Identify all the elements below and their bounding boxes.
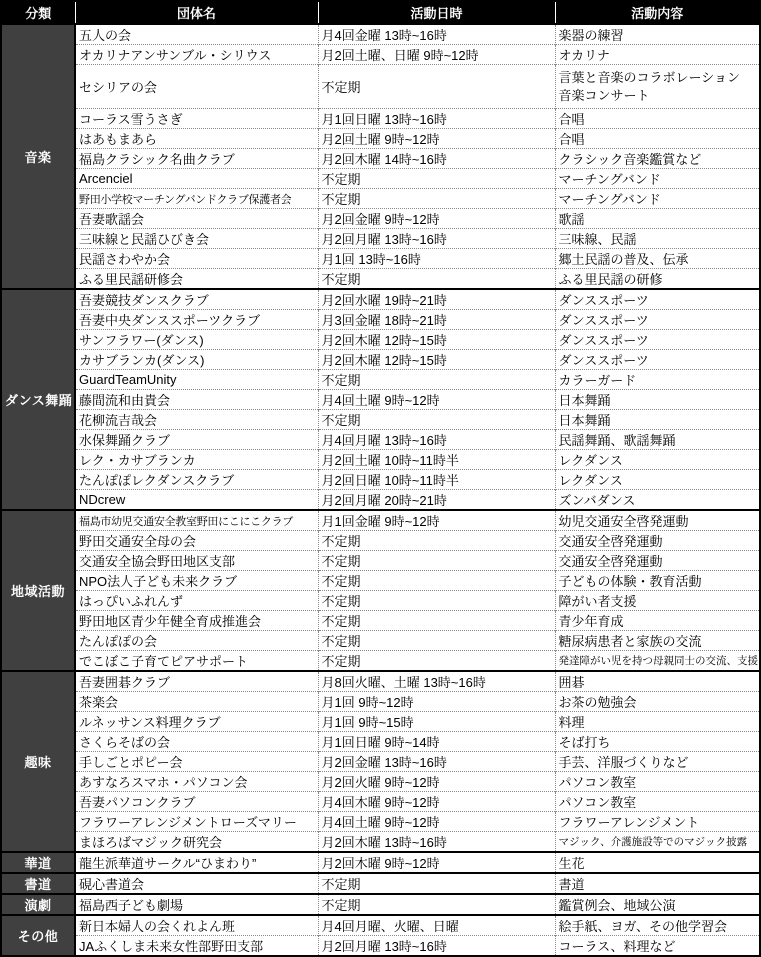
schedule-cell: 不定期 [318, 651, 555, 672]
table-row: 福島クラシック名曲クラブ月2回木曜 14時~16時クラシック音楽鑑賞など [1, 149, 760, 169]
group-name-cell: 硯心書道会 [75, 873, 318, 894]
activity-cell: 生花 [555, 852, 760, 873]
activity-cell: ダンススポーツ [555, 289, 760, 310]
schedule-cell: 月2回土曜 10時~11時半 [318, 450, 555, 470]
table-row: JAふくしま未来女性部野田支部月2回月曜 13時~16時コーラス、料理など [1, 936, 760, 957]
schedule-cell: 不定期 [318, 611, 555, 631]
table-row: 水保舞踊クラブ月4回月曜 13時~16時民謡舞踊、歌謡舞踊 [1, 430, 760, 450]
activity-cell: 合唱 [555, 129, 760, 149]
activity-cell: 幼児交通安全啓発運動 [555, 510, 760, 531]
schedule-cell: 不定期 [318, 631, 555, 651]
group-name-cell: 花柳流吉哉会 [75, 410, 318, 430]
table-row: 吾妻パソコンクラブ月4回木曜 9時~12時パソコン教室 [1, 792, 760, 812]
activity-cell: パソコン教室 [555, 772, 760, 792]
activity-cell: 民謡舞踊、歌謡舞踊 [555, 430, 760, 450]
activity-cell: 糖尿病患者と家族の交流 [555, 631, 760, 651]
table-row: 地域活動福島市幼児交通安全教室野田にこにこクラブ月1回金曜 9時~12時幼児交通… [1, 510, 760, 531]
column-header: 活動内容 [555, 1, 760, 24]
schedule-cell: 月2回月曜 13時~16時 [318, 936, 555, 957]
table-row: でこぼこ子育てピアサポート不定期発達障がい児を持つ母親同士の交流、支援 [1, 651, 760, 672]
activity-cell: 障がい者支援 [555, 591, 760, 611]
activity-cell: 手芸、洋服づくりなど [555, 752, 760, 772]
table-row: 野田小学校マーチングバンドクラブ保護者会不定期マーチングバンド [1, 189, 760, 209]
schedule-cell: 月2回火曜 9時~12時 [318, 772, 555, 792]
schedule-cell: 月4回月曜 13時~16時 [318, 430, 555, 450]
activity-cell: 子どもの体験・教育活動 [555, 571, 760, 591]
schedule-cell: 月2回木曜 12時~15時 [318, 330, 555, 350]
group-name-cell: 野田地区青少年健全育成推進会 [75, 611, 318, 631]
group-name-cell: 福島西子ども劇場 [75, 894, 318, 915]
table-row: オカリナアンサンブル・シリウス月2回土曜、日曜 9時~12時オカリナ [1, 45, 760, 65]
group-name-cell: 藤間流和由貴会 [75, 390, 318, 410]
activity-cell: フラワーアレンジメント [555, 812, 760, 832]
activity-cell: 絵手紙、ヨガ、その他学習会 [555, 915, 760, 936]
category-cell: ダンス舞踊 [1, 289, 75, 510]
activity-cell: マーチングバンド [555, 189, 760, 209]
group-name-cell: 龍生派華道サークル“ひまわり” [75, 852, 318, 873]
table-row: GuardTeamUnity不定期カラーガード [1, 370, 760, 390]
group-name-cell: セシリアの会 [75, 65, 318, 109]
activity-cell: そば打ち [555, 732, 760, 752]
column-header: 分類 [1, 1, 75, 24]
activity-cell: マーチングバンド [555, 169, 760, 189]
activity-cell: マジック、介護施設等でのマジック披露 [555, 832, 760, 853]
table-row: ルネッサンス料理クラブ月1回 9時~15時料理 [1, 712, 760, 732]
category-cell: 地域活動 [1, 510, 75, 671]
table-row: 茶楽会月1回 9時~12時お茶の勉強会 [1, 692, 760, 712]
schedule-cell: 月4回月曜、火曜、日曜 [318, 915, 555, 936]
activity-cell: 交通安全啓発運動 [555, 531, 760, 551]
activity-cell: レクダンス [555, 450, 760, 470]
schedule-cell: 月1回金曜 9時~12時 [318, 510, 555, 531]
group-name-cell: 福島市幼児交通安全教室野田にこにこクラブ [75, 510, 318, 531]
table-row: その他新日本婦人の会くれよん班月4回月曜、火曜、日曜絵手紙、ヨガ、その他学習会 [1, 915, 760, 936]
schedule-cell: 月2回月曜 20時~21時 [318, 490, 555, 511]
table-row: はあもまあら月2回土曜 9時~12時合唱 [1, 129, 760, 149]
table-row: さくらそばの会月1回日曜 9時~14時そば打ち [1, 732, 760, 752]
schedule-cell: 月1回 9時~12時 [318, 692, 555, 712]
table-row: まほろばマジック研究会月2回木曜 13時~16時マジック、介護施設等でのマジック… [1, 832, 760, 853]
group-name-cell: まほろばマジック研究会 [75, 832, 318, 853]
activity-cell: お茶の勉強会 [555, 692, 760, 712]
schedule-cell: 不定期 [318, 551, 555, 571]
table-row: 手しごとポピー会月2回金曜 13時~16時手芸、洋服づくりなど [1, 752, 760, 772]
activity-cell: 交通安全啓発運動 [555, 551, 760, 571]
category-cell: 趣味 [1, 671, 75, 852]
schedule-cell: 月2回土曜 9時~12時 [318, 129, 555, 149]
group-name-cell: 民謡さわやか会 [75, 249, 318, 269]
group-name-cell: でこぼこ子育てピアサポート [75, 651, 318, 672]
activity-cell: ふる里民謡の研修 [555, 269, 760, 290]
groups-table-body: 音楽五人の会月4回金曜 13時~16時楽器の練習オカリナアンサンブル・シリウス月… [1, 24, 760, 956]
group-name-cell: サンフラワー(ダンス) [75, 330, 318, 350]
community-groups-table: 分類団体名活動日時活動内容 音楽五人の会月4回金曜 13時~16時楽器の練習オカ… [0, 0, 761, 957]
activity-cell: ダンススポーツ [555, 330, 760, 350]
activity-cell: オカリナ [555, 45, 760, 65]
schedule-cell: 月2回金曜 13時~16時 [318, 752, 555, 772]
schedule-cell: 月3回金曜 18時~21時 [318, 310, 555, 330]
category-cell: 音楽 [1, 24, 75, 289]
activity-cell: ダンススポーツ [555, 310, 760, 330]
category-cell: その他 [1, 915, 75, 956]
schedule-cell: 月2回金曜 9時~12時 [318, 209, 555, 229]
table-row: 吾妻歌謡会月2回金曜 9時~12時歌謡 [1, 209, 760, 229]
table-row: 演劇福島西子ども劇場不定期鑑賞例会、地域公演 [1, 894, 760, 915]
table-row: あすなろスマホ・パソコン会月2回火曜 9時~12時パソコン教室 [1, 772, 760, 792]
group-name-cell: ルネッサンス料理クラブ [75, 712, 318, 732]
group-name-cell: オカリナアンサンブル・シリウス [75, 45, 318, 65]
table-row: たんぽぽの会不定期糖尿病患者と家族の交流 [1, 631, 760, 651]
table-row: 民謡さわやか会月1回 13時~16時郷土民謡の普及、伝承 [1, 249, 760, 269]
schedule-cell: 月2回水曜 19時~21時 [318, 289, 555, 310]
schedule-cell: 不定期 [318, 571, 555, 591]
schedule-cell: 不定期 [318, 873, 555, 894]
schedule-cell: 月1回 9時~15時 [318, 712, 555, 732]
activity-cell: 発達障がい児を持つ母親同士の交流、支援 [555, 651, 760, 672]
activity-cell: 日本舞踊 [555, 410, 760, 430]
group-name-cell: カサブランカ(ダンス) [75, 350, 318, 370]
group-name-cell: 吾妻中央ダンススポーツクラブ [75, 310, 318, 330]
schedule-cell: 月2回日曜 10時~11時半 [318, 470, 555, 490]
schedule-cell: 月2回木曜 9時~12時 [318, 852, 555, 873]
schedule-cell: 月2回木曜 12時~15時 [318, 350, 555, 370]
group-name-cell: 吾妻囲碁クラブ [75, 671, 318, 692]
group-name-cell: さくらそばの会 [75, 732, 318, 752]
group-name-cell: たんぽぽの会 [75, 631, 318, 651]
schedule-cell: 月1回日曜 9時~14時 [318, 732, 555, 752]
table-row: NPO法人子ども未来クラブ不定期子どもの体験・教育活動 [1, 571, 760, 591]
table-row: フラワーアレンジメントローズマリー月4回土曜 9時~12時フラワーアレンジメント [1, 812, 760, 832]
schedule-cell: 不定期 [318, 410, 555, 430]
schedule-cell: 月4回土曜 9時~12時 [318, 390, 555, 410]
activity-cell: ダンススポーツ [555, 350, 760, 370]
group-name-cell: 交通安全協会野田地区支部 [75, 551, 318, 571]
group-name-cell: Arcenciel [75, 169, 318, 189]
schedule-cell: 月2回木曜 13時~16時 [318, 832, 555, 853]
group-name-cell: あすなろスマホ・パソコン会 [75, 772, 318, 792]
schedule-cell: 不定期 [318, 370, 555, 390]
activity-cell: レクダンス [555, 470, 760, 490]
activity-cell: 青少年育成 [555, 611, 760, 631]
group-name-cell: ふる里民謡研修会 [75, 269, 318, 290]
group-name-cell: 水保舞踊クラブ [75, 430, 318, 450]
activity-cell: 郷土民謡の普及、伝承 [555, 249, 760, 269]
activity-cell: 三味線、民謡 [555, 229, 760, 249]
category-cell: 華道 [1, 852, 75, 873]
table-row: 音楽五人の会月4回金曜 13時~16時楽器の練習 [1, 24, 760, 45]
activity-cell: 日本舞踊 [555, 390, 760, 410]
table-row: サンフラワー(ダンス)月2回木曜 12時~15時ダンススポーツ [1, 330, 760, 350]
group-name-cell: フラワーアレンジメントローズマリー [75, 812, 318, 832]
schedule-cell: 不定期 [318, 269, 555, 290]
schedule-cell: 月4回金曜 13時~16時 [318, 24, 555, 45]
group-name-cell: はっぴいふれんず [75, 591, 318, 611]
table-row: NDcrew月2回月曜 20時~21時ズンバダンス [1, 490, 760, 511]
table-row: ダンス舞踊吾妻競技ダンスクラブ月2回水曜 19時~21時ダンススポーツ [1, 289, 760, 310]
group-name-cell: レク・カサブランカ [75, 450, 318, 470]
group-name-cell: たんぽぽレクダンスクラブ [75, 470, 318, 490]
table-row: 野田交通安全母の会不定期交通安全啓発運動 [1, 531, 760, 551]
column-header: 活動日時 [318, 1, 555, 24]
activity-cell: 囲碁 [555, 671, 760, 692]
schedule-cell: 不定期 [318, 169, 555, 189]
table-row: ふる里民謡研修会不定期ふる里民謡の研修 [1, 269, 760, 290]
activity-cell: コーラス、料理など [555, 936, 760, 957]
activity-cell: クラシック音楽鑑賞など [555, 149, 760, 169]
activity-cell: カラーガード [555, 370, 760, 390]
table-row: 華道龍生派華道サークル“ひまわり”月2回木曜 9時~12時生花 [1, 852, 760, 873]
group-name-cell: コーラス雪うさぎ [75, 109, 318, 129]
category-cell: 書道 [1, 873, 75, 894]
group-name-cell: 野田交通安全母の会 [75, 531, 318, 551]
table-row: 書道硯心書道会不定期書道 [1, 873, 760, 894]
group-name-cell: 野田小学校マーチングバンドクラブ保護者会 [75, 189, 318, 209]
activity-cell: 楽器の練習 [555, 24, 760, 45]
table-row: 野田地区青少年健全育成推進会不定期青少年育成 [1, 611, 760, 631]
table-row: 花柳流吉哉会不定期日本舞踊 [1, 410, 760, 430]
group-name-cell: 五人の会 [75, 24, 318, 45]
group-name-cell: 吾妻競技ダンスクラブ [75, 289, 318, 310]
activity-cell: 書道 [555, 873, 760, 894]
column-header: 団体名 [75, 1, 318, 24]
schedule-cell: 月4回土曜 9時~12時 [318, 812, 555, 832]
header-row: 分類団体名活動日時活動内容 [1, 1, 760, 24]
activity-cell: パソコン教室 [555, 792, 760, 812]
table-row: 藤間流和由貴会月4回土曜 9時~12時日本舞踊 [1, 390, 760, 410]
schedule-cell: 不定期 [318, 65, 555, 109]
group-name-cell: NPO法人子ども未来クラブ [75, 571, 318, 591]
activity-cell: 合唱 [555, 109, 760, 129]
group-name-cell: NDcrew [75, 490, 318, 511]
table-row: Arcenciel不定期マーチングバンド [1, 169, 760, 189]
schedule-cell: 月2回土曜、日曜 9時~12時 [318, 45, 555, 65]
table-row: 趣味吾妻囲碁クラブ月8回火曜、土曜 13時~16時囲碁 [1, 671, 760, 692]
group-name-cell: 新日本婦人の会くれよん班 [75, 915, 318, 936]
schedule-cell: 月1回 13時~16時 [318, 249, 555, 269]
table-row: レク・カサブランカ月2回土曜 10時~11時半レクダンス [1, 450, 760, 470]
schedule-cell: 月2回月曜 13時~16時 [318, 229, 555, 249]
schedule-cell: 月8回火曜、土曜 13時~16時 [318, 671, 555, 692]
group-name-cell: JAふくしま未来女性部野田支部 [75, 936, 318, 957]
table-row: コーラス雪うさぎ月1回日曜 13時~16時合唱 [1, 109, 760, 129]
table-row: たんぽぽレクダンスクラブ月2回日曜 10時~11時半レクダンス [1, 470, 760, 490]
table-row: 吾妻中央ダンススポーツクラブ月3回金曜 18時~21時ダンススポーツ [1, 310, 760, 330]
activity-cell: 料理 [555, 712, 760, 732]
schedule-cell: 不定期 [318, 894, 555, 915]
schedule-cell: 不定期 [318, 189, 555, 209]
activity-cell: 歌謡 [555, 209, 760, 229]
group-name-cell: 茶楽会 [75, 692, 318, 712]
table-row: はっぴいふれんず不定期障がい者支援 [1, 591, 760, 611]
schedule-cell: 不定期 [318, 531, 555, 551]
activity-cell: 鑑賞例会、地域公演 [555, 894, 760, 915]
schedule-cell: 月4回木曜 9時~12時 [318, 792, 555, 812]
group-name-cell: はあもまあら [75, 129, 318, 149]
group-name-cell: 吾妻歌謡会 [75, 209, 318, 229]
group-name-cell: 吾妻パソコンクラブ [75, 792, 318, 812]
table-row: 交通安全協会野田地区支部不定期交通安全啓発運動 [1, 551, 760, 571]
group-name-cell: 三味線と民謡ひびき会 [75, 229, 318, 249]
category-cell: 演劇 [1, 894, 75, 915]
group-name-cell: 手しごとポピー会 [75, 752, 318, 772]
table-row: セシリアの会不定期言葉と音楽のコラボレーション 音楽コンサート [1, 65, 760, 109]
group-name-cell: GuardTeamUnity [75, 370, 318, 390]
schedule-cell: 月2回木曜 14時~16時 [318, 149, 555, 169]
schedule-cell: 不定期 [318, 591, 555, 611]
table-row: 三味線と民謡ひびき会月2回月曜 13時~16時三味線、民謡 [1, 229, 760, 249]
schedule-cell: 月1回日曜 13時~16時 [318, 109, 555, 129]
activity-cell: 言葉と音楽のコラボレーション 音楽コンサート [555, 65, 760, 109]
table-row: カサブランカ(ダンス)月2回木曜 12時~15時ダンススポーツ [1, 350, 760, 370]
group-name-cell: 福島クラシック名曲クラブ [75, 149, 318, 169]
activity-cell: ズンバダンス [555, 490, 760, 511]
